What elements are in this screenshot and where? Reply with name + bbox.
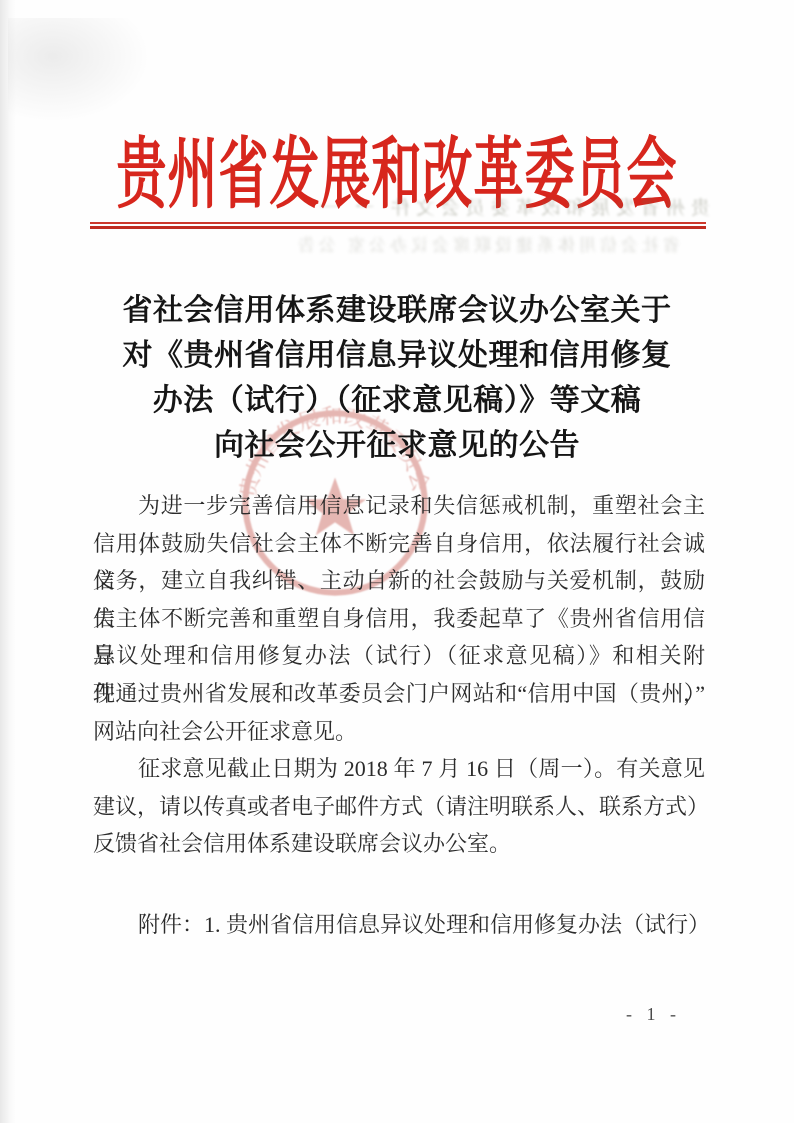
document-title-line: 省社会信用体系建设联席会议办公室关于 [0, 288, 794, 333]
page-number: - 1 - [626, 1004, 681, 1025]
document-title: 省社会信用体系建设联席会议办公室关于 对《贵州省信用信息异议处理和信用修复 办法… [0, 288, 794, 468]
attachment-line: 附件：1. 贵州省信用信息异议处理和信用修复办法（试行） [93, 906, 705, 944]
body-line: 网站向社会公开征求意见。 [93, 713, 705, 751]
bleedthrough-text-bottom: 省社会信用体系建设联席会议办公室 公告 [110, 231, 680, 256]
body-line: 反馈省社会信用体系建设联席会议办公室。 [93, 825, 705, 863]
body-line: 建议，请以传真或者电子邮件方式（请注明联系人、联系方式） [93, 788, 705, 826]
body-line: 信主体不断完善和重塑自身信用，我委起草了《贵州省信用信息 [93, 600, 705, 638]
document-title-line: 办法（试行）（征求意见稿）》等文稿 [0, 378, 794, 423]
divider-line-bottom [90, 226, 706, 229]
document-title-line: 向社会公开征求意见的公告 [0, 423, 794, 468]
document-title-line: 对《贵州省信用信息异议处理和信用修复 [0, 333, 794, 378]
body-line: 异议处理和信用修复办法（试行）（征求意见稿）》和相关附件， [93, 637, 705, 675]
letterhead-divider [90, 222, 706, 229]
document-body: 为进一步完善信用信息记录和失信惩戒机制，重塑社会主体 信用，鼓励失信社会主体不断… [93, 487, 705, 944]
body-line: 义务，建立自我纠错、主动自新的社会鼓励与关爱机制，鼓励失 [93, 562, 705, 600]
scanned-document-page: 贵州省发展和改革委员会 贵州省发展和改革委员会文件 一 一 省社会信用体系建设联… [0, 0, 794, 1123]
body-line: 现通过贵州省发展和改革委员会门户网站和“信用中国（贵州）” [93, 675, 705, 713]
body-line: 信用，鼓励失信社会主体不断完善自身信用，依法履行社会诚信 [93, 525, 705, 563]
letterhead: 贵州省发展和改革委员会 [0, 112, 794, 184]
body-line: 为进一步完善信用信息记录和失信惩戒机制，重塑社会主体 [93, 487, 705, 525]
agency-name: 贵州省发展和改革委员会 [117, 112, 678, 224]
body-line: 征求意见截止日期为 2018 年 7 月 16 日（周一）。有关意见 [93, 750, 705, 788]
